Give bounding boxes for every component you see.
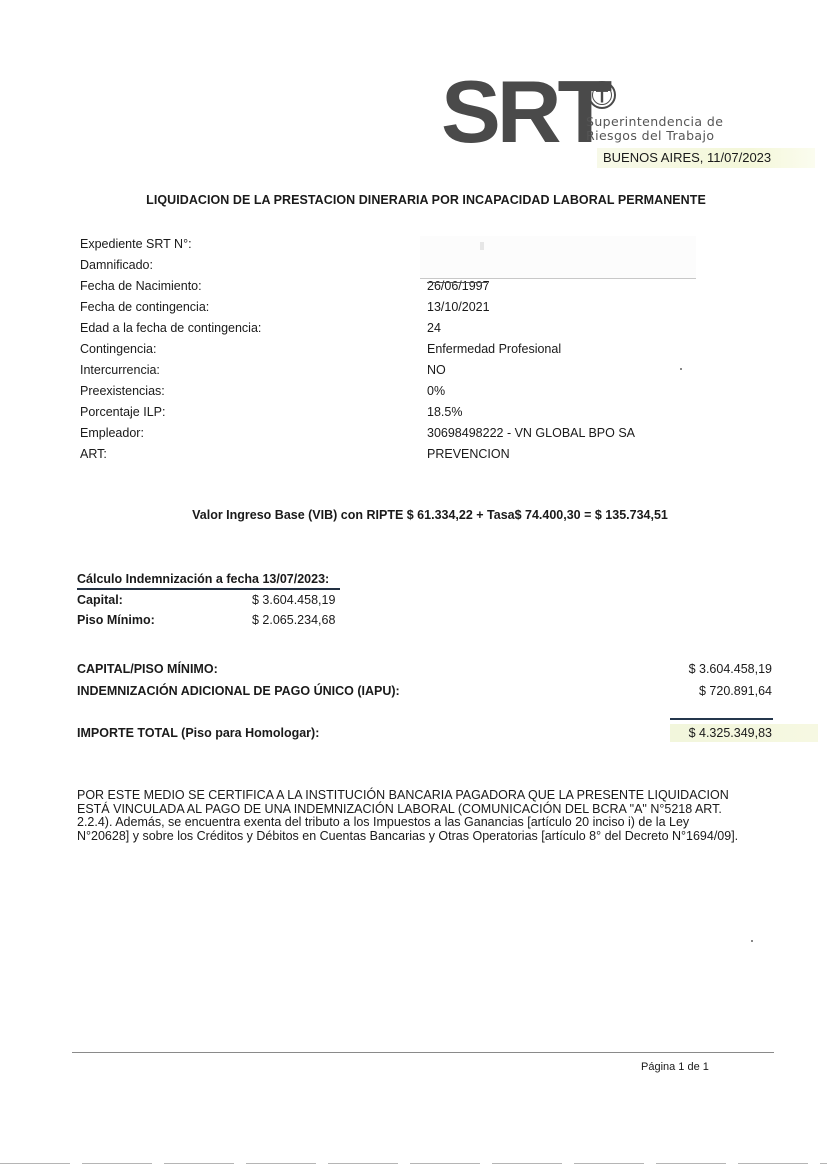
piso-minimo-label: Piso Mínimo: bbox=[77, 613, 155, 627]
info-label: Damnificado: bbox=[80, 258, 153, 272]
info-label: ART: bbox=[80, 447, 107, 461]
total-rule bbox=[670, 718, 773, 720]
info-value: 24 bbox=[427, 321, 441, 335]
info-value: Enfermedad Profesional bbox=[427, 342, 561, 356]
info-value: 13/10/2021 bbox=[427, 300, 490, 314]
calculation-title: Cálculo Indemnización a fecha 13/07/2023… bbox=[77, 572, 329, 586]
info-value: 30698498222 - VN GLOBAL BPO SA bbox=[427, 426, 635, 440]
location-date: BUENOS AIRES, 11/07/2023 bbox=[603, 150, 771, 165]
org-name-line2: Riesgos del Trabajo bbox=[586, 129, 723, 143]
info-label: Intercurrencia: bbox=[80, 363, 160, 377]
document-title: LIQUIDACION DE LA PRESTACION DINERARIA P… bbox=[0, 193, 827, 207]
total-label: IMPORTE TOTAL (Piso para Homologar): bbox=[77, 726, 319, 740]
info-value: NO bbox=[427, 363, 446, 377]
total-value: $ 4.325.349,83 bbox=[689, 726, 772, 740]
info-label: Porcentaje ILP: bbox=[80, 405, 165, 419]
org-name-line1: Superintendencia de bbox=[586, 115, 723, 129]
srt-logo: SRT bbox=[441, 72, 608, 152]
srt-emblem-icon bbox=[587, 80, 617, 110]
dob-mark bbox=[427, 282, 487, 283]
page-number: Página 1 de 1 bbox=[641, 1061, 709, 1073]
info-label: Edad a la fecha de contingencia: bbox=[80, 321, 261, 335]
redacted-area bbox=[420, 236, 696, 279]
certification-line: 2.2.4). Además, se encuentra exenta del … bbox=[77, 816, 777, 830]
capital-label: Capital: bbox=[77, 593, 123, 607]
iapu-label: INDEMNIZACIÓN ADICIONAL DE PAGO ÚNICO (I… bbox=[77, 684, 400, 698]
vib-line: Valor Ingreso Base (VIB) con RIPTE $ 61.… bbox=[0, 508, 827, 522]
scan-edge bbox=[0, 1163, 827, 1164]
piso-minimo-value: $ 2.065.234,68 bbox=[252, 613, 335, 627]
info-label: Fecha de Nacimiento: bbox=[80, 279, 202, 293]
footer-rule bbox=[72, 1052, 774, 1053]
capital-value: $ 3.604.458,19 bbox=[252, 593, 335, 607]
info-label: Fecha de contingencia: bbox=[80, 300, 209, 314]
info-value: PREVENCION bbox=[427, 447, 510, 461]
certification-text: POR ESTE MEDIO SE CERTIFICA A LA INSTITU… bbox=[77, 789, 777, 843]
info-value: 18.5% bbox=[427, 405, 462, 419]
info-label: Contingencia: bbox=[80, 342, 156, 356]
info-label: Empleador: bbox=[80, 426, 144, 440]
certification-line: N°20628] y sobre los Créditos y Débitos … bbox=[77, 830, 777, 844]
scan-speck bbox=[751, 940, 753, 942]
capital-piso-label: CAPITAL/PISO MÍNIMO: bbox=[77, 662, 218, 676]
scan-speck bbox=[680, 368, 682, 370]
iapu-value: $ 720.891,64 bbox=[699, 684, 772, 698]
info-label: Preexistencias: bbox=[80, 384, 165, 398]
info-label: Expediente SRT N°: bbox=[80, 237, 192, 251]
capital-piso-value: $ 3.604.458,19 bbox=[689, 662, 772, 676]
certification-line: ESTÁ VINCULADA AL PAGO DE UNA INDEMNIZAC… bbox=[77, 803, 777, 817]
org-name: Superintendencia de Riesgos del Trabajo bbox=[586, 115, 723, 143]
calculation-underline bbox=[77, 588, 340, 590]
info-value: 0% bbox=[427, 384, 445, 398]
certification-line: POR ESTE MEDIO SE CERTIFICA A LA INSTITU… bbox=[77, 789, 777, 803]
